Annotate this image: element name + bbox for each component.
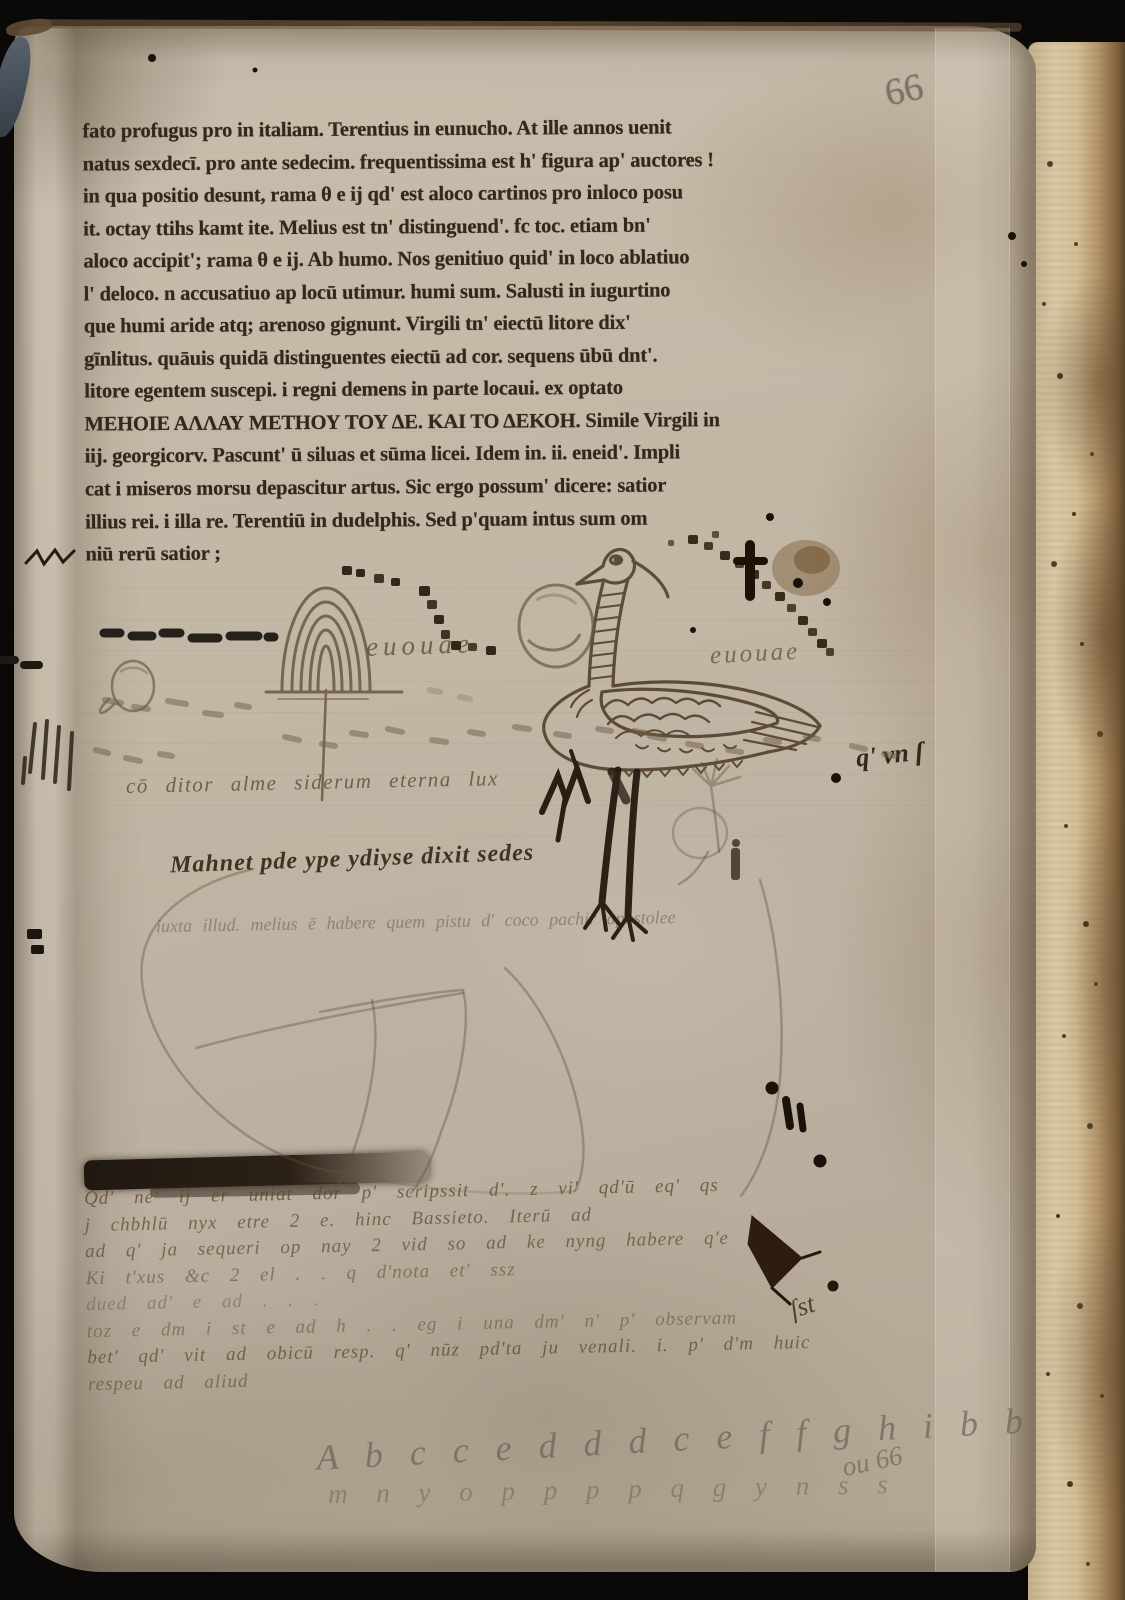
- text-line: cat i miseros morsu depascitur artus. Si…: [85, 473, 815, 511]
- text-line: gīnlitus. quāuis quidā distinguentes eie…: [84, 343, 814, 381]
- text-line: fato profugus pro in italiam. Terentius …: [82, 115, 812, 153]
- faint-loop-doodle: [673, 808, 727, 858]
- text-line: natus sexdecī. pro ante sedecim. frequen…: [83, 148, 813, 186]
- euouae-label-left: euouae: [365, 628, 474, 663]
- alphabet-practice-row-2: m n y o p p p p q g y n s s: [328, 1469, 899, 1510]
- text-line: iij. georgicorv. Pascunt' ū siluas et sū…: [85, 441, 815, 479]
- small-dark-figure-head: [732, 839, 740, 847]
- tree-sketch: [673, 759, 740, 884]
- hymn-line: cō ditor alme siderum eterna lux: [126, 766, 499, 799]
- neume-dash-row-black: [104, 633, 274, 638]
- page-content: 66 fato profugus pro in italiam. Terenti…: [0, 0, 1125, 1600]
- circle-doodle-small: [100, 661, 154, 713]
- faded-neume-dashes: [96, 690, 895, 761]
- manuscript-photo: 66 fato profugus pro in italiam. Terenti…: [0, 0, 1125, 1600]
- text-line: it. octay ttihs kamt ite. Melius est tn'…: [83, 213, 813, 251]
- text-line: illius rei. i illa re. Terentiū in dudel…: [85, 506, 815, 544]
- circle-doodle-large: [519, 585, 593, 667]
- lower-cursive-block: Qd' ne' ij er uniat dor p' scripssit d'.…: [84, 1172, 868, 1400]
- cursive-note: Mahnet pde ype ydiyse dixit sedes: [170, 840, 535, 880]
- folio-number: 66: [881, 65, 927, 116]
- pen-trial-zigzag: [26, 550, 74, 564]
- text-line: niū rerū satior ;: [85, 539, 815, 577]
- text-line: in qua positio desunt, rama θ e ij qd' e…: [83, 181, 813, 219]
- euouae-label-right: euouae: [709, 638, 801, 671]
- text-line: l' deloco. n accusatiuo ap locū utimur. …: [84, 278, 814, 316]
- left-margin-marks: [2, 550, 74, 954]
- margin-note-right: q' vn ſ: [855, 737, 926, 774]
- small-dark-figure: [731, 848, 740, 880]
- main-text-block: fato profugus pro in italiam. Terentius …: [82, 115, 815, 576]
- text-line: litore egentem suscepi. i regni demens i…: [84, 376, 814, 414]
- text-line: ΜΕΗΟΙΕ ΑΛΛΑΥ ΜΕΤΗΟΥ ΤΟΥ ΔΕ. ΚΑΙ ΤΟ ΔΕΚΟΗ…: [84, 408, 814, 446]
- branch-doodle: [542, 751, 588, 840]
- faint-cursive-note: iuxta illud. melius ē habere quem pistu …: [156, 904, 856, 937]
- alphabet-practice-row-1: A b c c e d d d c e f f g h i b b: [315, 1399, 1032, 1478]
- text-line: aloco accipit'; rama θ e ij. Ab humo. No…: [83, 246, 813, 284]
- text-line: que humi aride atq; arenoso gignunt. Vir…: [84, 311, 814, 349]
- dark-marks-right: [766, 1082, 826, 1167]
